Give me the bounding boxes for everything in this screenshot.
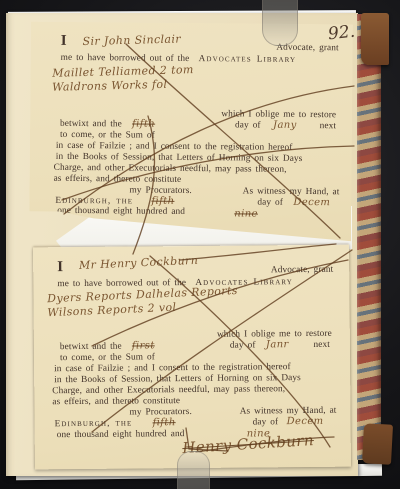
slip2-oblige-line: which I oblige me to restore (217, 329, 332, 340)
slip1-opening-initial: I (61, 33, 67, 50)
slip1-books-line: in the Books of Session, that Letters of… (56, 152, 303, 164)
slip1-witness-line: As witness my Hand, at (243, 186, 340, 197)
mounting-tab-top (262, 0, 298, 46)
slip1-to-come-line: to come, or the Sum of (60, 130, 155, 141)
slip1-oblige-line: which I oblige me to restore (221, 109, 336, 120)
slip2-advocate-grant: Advocate, grant (271, 265, 333, 276)
slip1-book-entry-1: Maillet Telliamed 2 tom (52, 63, 194, 80)
slip2-borrower-name: Mr Henry Cockburn (79, 254, 199, 272)
slip2-edinburgh-the: Edinburgh, the (55, 419, 133, 430)
slip1-signed-month: Decem (293, 197, 330, 208)
slip2-day-of: day of (230, 340, 256, 350)
slip1-return-month: Jany (273, 120, 297, 131)
slip2-signed-day: fifth (153, 417, 176, 428)
slip1-year-word: nine (234, 208, 258, 219)
borrowing-slip-1: I Sir John Sinclair Advocate, grant me t… (29, 22, 353, 243)
slip2-to-come-line: to come, or the Sum of (60, 352, 155, 363)
folio-number: 92. (327, 22, 356, 45)
slip1-library-name: Advocates Library (199, 54, 297, 65)
marbled-board-edge (357, 14, 381, 460)
slip1-edinburgh-the: Edinburgh, the (55, 196, 133, 207)
slip2-next-word: next (313, 340, 329, 350)
slip2-effeirs-line: as effeirs, and thereto constitute (52, 396, 180, 407)
slip1-next-word: next (320, 121, 336, 131)
slip1-charge-line: Charge, and other Executorials needful, … (54, 163, 287, 175)
slip1-day-of: day of (235, 120, 261, 130)
slip1-betwixt-prefix: betwixt and the (60, 119, 122, 130)
slip2-charge-line: Charge, and other Executorials needful, … (52, 384, 285, 396)
slip1-borrower-name: Sir John Sinclair (82, 32, 181, 48)
slip1-signed-day: fifth (151, 196, 174, 207)
slip2-betwixt-prefix: betwixt and the (60, 342, 122, 353)
photographed-album-page: 92. I Sir John Sinclair Advocate, grant … (0, 0, 400, 489)
slip2-opening-initial: I (57, 259, 63, 276)
slip2-procurators: my Procurators. (129, 407, 191, 418)
slip2-return-day: first (132, 340, 155, 351)
slip1-return-day: fifth (132, 118, 155, 129)
slip1-procurators: my Procurators. (129, 185, 191, 196)
slip2-failzie-line: in case of Failzie ; and I consent to th… (54, 362, 291, 374)
slip1-effeirs-line: as effeirs, and thereto constitute (54, 174, 182, 185)
slip1-failzie-line: in case of Failzie ; and I consent to th… (56, 141, 293, 153)
slip1-day-of-2: day of (257, 198, 283, 208)
slip2-day-of-2: day of (253, 417, 279, 427)
slip2-return-month: Janr (266, 339, 289, 350)
leather-corner-bottom (362, 423, 393, 464)
mounting-tab-bottom (177, 451, 210, 489)
slip2-signed-month: Decem (287, 416, 324, 427)
slip1-borrowed-line: me to have borrowed out of the (61, 53, 190, 64)
leather-corner-top (361, 13, 389, 65)
borrowing-slip-2: I Mr Henry Cockburn Advocate, grant me t… (33, 245, 351, 470)
slip1-book-entry-2: Waldrons Works fol (52, 78, 168, 94)
slip2-year-line: one thousand eight hundred and (57, 429, 185, 440)
